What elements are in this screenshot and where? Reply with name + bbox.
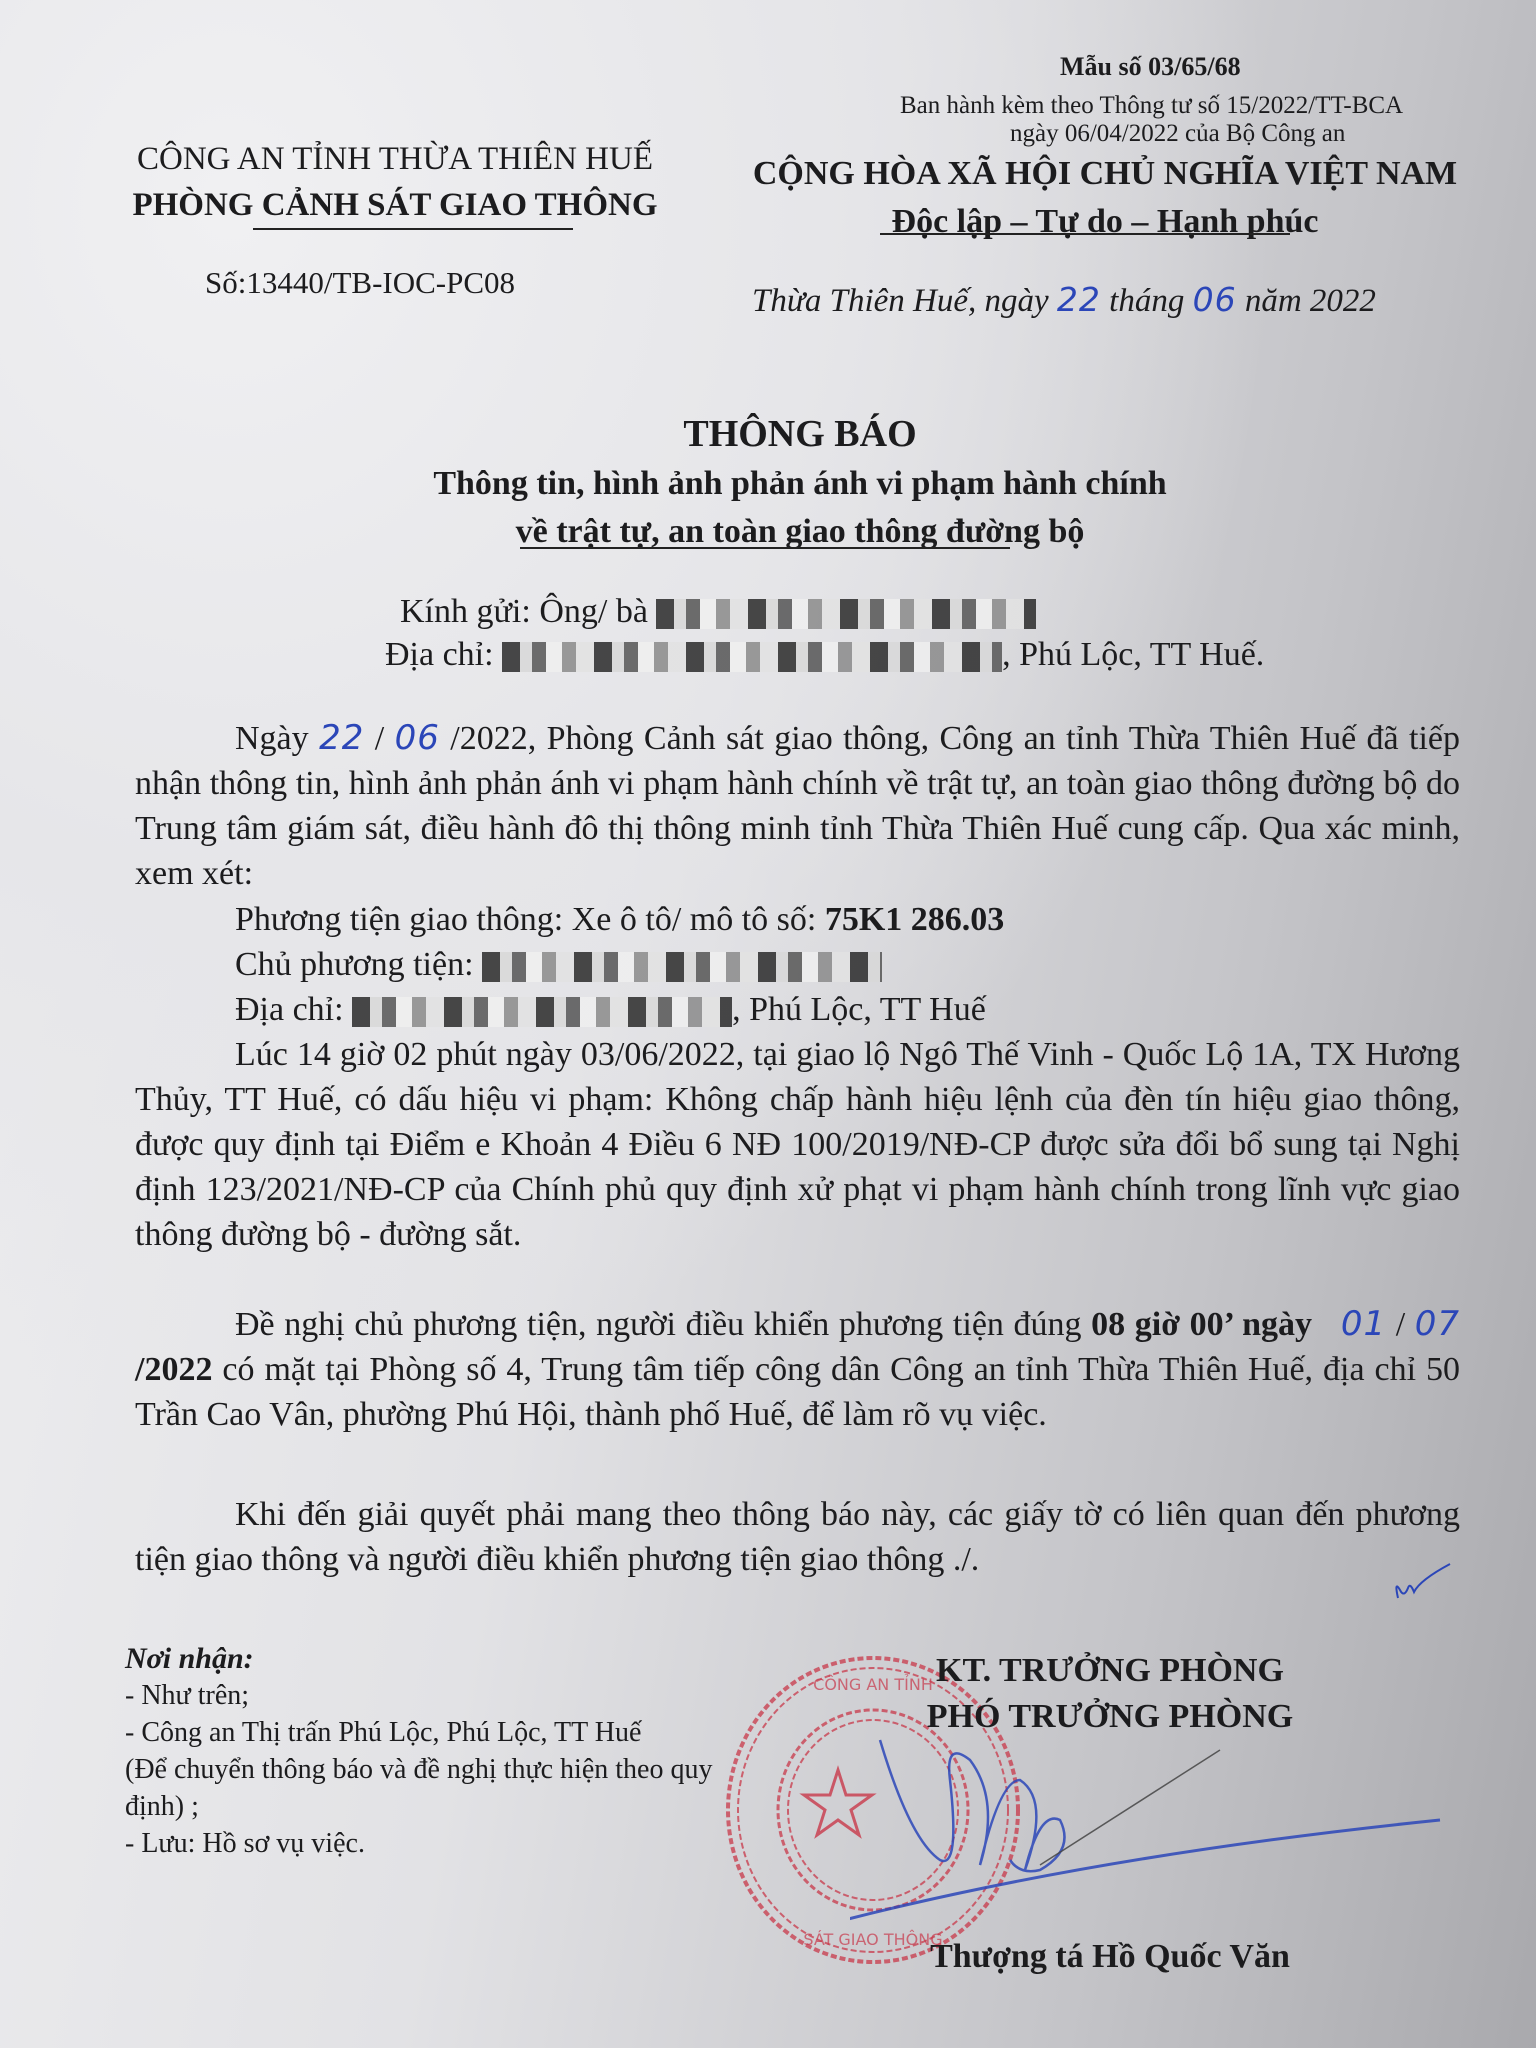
title-main: THÔNG BÁO — [300, 408, 1300, 460]
national-title: CỘNG HÒA XÃ HỘI CHỦ NGHĨA VIỆT NAM — [715, 150, 1495, 198]
place-date-prefix: Thừa Thiên Huế, ngày — [752, 283, 1049, 319]
signer-line1: KT. TRƯỞNG PHÒNG — [870, 1648, 1350, 1694]
form-issued-date: ngày 06/04/2022 của Bộ Công an — [1010, 120, 1345, 148]
document-number: Số:13440/TB-IOC-PC08 — [205, 265, 515, 301]
recipients-block: Nơi nhận: - Như trên; - Công an Thị trấn… — [125, 1640, 765, 1862]
agency-underline — [253, 228, 573, 230]
vehicle-label: Phương tiện giao thông: Xe ô tô/ mô tô s… — [235, 901, 816, 938]
place-date: Thừa Thiên Huế, ngày 22 tháng 06 năm 202… — [752, 280, 1376, 320]
handwritten-month: 07 — [1415, 1304, 1460, 1344]
national-header: CỘNG HÒA XÃ HỘI CHỦ NGHĨA VIỆT NAM Độc l… — [715, 150, 1495, 246]
paragraph-documents: Khi đến giải quyết phải mang theo thông … — [135, 1492, 1460, 1582]
paragraph-summons: Đề nghị chủ phương tiện, người điều khiể… — [135, 1302, 1460, 1437]
handwritten-day: 22 — [319, 718, 364, 758]
redacted-name — [656, 599, 1036, 629]
title-sub1: Thông tin, hình ảnh phản ánh vi phạm hàn… — [300, 460, 1300, 508]
month-label: tháng — [1109, 283, 1184, 319]
owner-label: Chủ phương tiện: — [235, 946, 474, 983]
owner-address-line: Địa chỉ: , Phú Lộc, TT Huế — [235, 987, 986, 1032]
addressee-address: Địa chỉ: , Phú Lộc, TT Huế. — [385, 633, 1264, 676]
owner-line: Chủ phương tiện: — [235, 942, 882, 987]
handwritten-initial-icon — [1390, 1560, 1460, 1600]
redacted-owner-address — [352, 997, 732, 1027]
signer-title: KT. TRƯỞNG PHÒNG PHÓ TRƯỞNG PHÒNG — [870, 1648, 1350, 1740]
address-suffix: , Phú Lộc, TT Huế. — [1002, 636, 1264, 673]
form-number: Mẫu số 03/65/68 — [1060, 52, 1241, 82]
handwritten-day: 22 — [1057, 280, 1101, 319]
handwritten-day: 01 — [1341, 1304, 1386, 1344]
handwritten-month: 06 — [1193, 280, 1237, 319]
recipient-item: - Như trên; — [125, 1677, 765, 1714]
paragraph-violation: Lúc 14 giờ 02 phút ngày 03/06/2022, tại … — [135, 1032, 1460, 1257]
greeting: Kính gửi: Ông/ bà — [400, 593, 648, 630]
addressee-line: Kính gửi: Ông/ bà — [400, 590, 1036, 633]
motto-underline — [880, 233, 1290, 235]
redacted-owner — [482, 952, 882, 982]
agency-block: CÔNG AN TỈNH THỪA THIÊN HUẾ PHÒNG CẢNH S… — [90, 136, 700, 228]
recipient-item: (Để chuyển thông báo và đề nghị thực hiệ… — [125, 1751, 765, 1825]
owner-address-label: Địa chỉ: — [235, 991, 344, 1028]
address-label: Địa chỉ: — [385, 636, 494, 673]
handwritten-month: 06 — [395, 718, 440, 758]
national-motto: Độc lập – Tự do – Hạnh phúc — [715, 198, 1495, 246]
appointment-year: /2022 — [135, 1351, 212, 1388]
redacted-address — [502, 642, 1002, 672]
form-issued-with: Ban hành kèm theo Thông tư số 15/2022/TT… — [900, 92, 1403, 120]
license-plate: 75K1 286.03 — [825, 901, 1004, 938]
para3-text: có mặt tại Phòng số 4, Trung tâm tiếp cô… — [135, 1351, 1460, 1433]
vehicle-line: Phương tiện giao thông: Xe ô tô/ mô tô s… — [235, 897, 1004, 942]
appointment-time: 08 giờ 00’ ngày — [1091, 1306, 1312, 1343]
paragraph-receipt: Ngày 22 / 06 /2022, Phòng Cảnh sát giao … — [135, 716, 1460, 896]
recipients-heading: Nơi nhận: — [125, 1640, 765, 1677]
year-label: năm 2022 — [1245, 283, 1376, 319]
agency-name: PHÒNG CẢNH SÁT GIAO THÔNG — [90, 182, 700, 228]
owner-address-suffix: , Phú Lộc, TT Huế — [732, 991, 986, 1028]
signer-name: Thượng tá Hồ Quốc Văn — [860, 1938, 1360, 1976]
para3-prefix: Đề nghị chủ phương tiện, người điều khiể… — [235, 1306, 1082, 1343]
agency-parent: CÔNG AN TỈNH THỪA THIÊN HUẾ — [90, 136, 700, 182]
title-underline — [520, 547, 1010, 549]
document-title: THÔNG BÁO Thông tin, hình ảnh phản ánh v… — [300, 408, 1300, 556]
recipient-item: - Công an Thị trấn Phú Lộc, Phú Lộc, TT … — [125, 1714, 765, 1751]
signer-line2: PHÓ TRƯỞNG PHÒNG — [870, 1694, 1350, 1740]
para1-prefix: Ngày — [235, 720, 309, 757]
recipient-item: - Lưu: Hồ sơ vụ việc. — [125, 1825, 765, 1862]
signature-icon — [850, 1720, 1450, 1950]
